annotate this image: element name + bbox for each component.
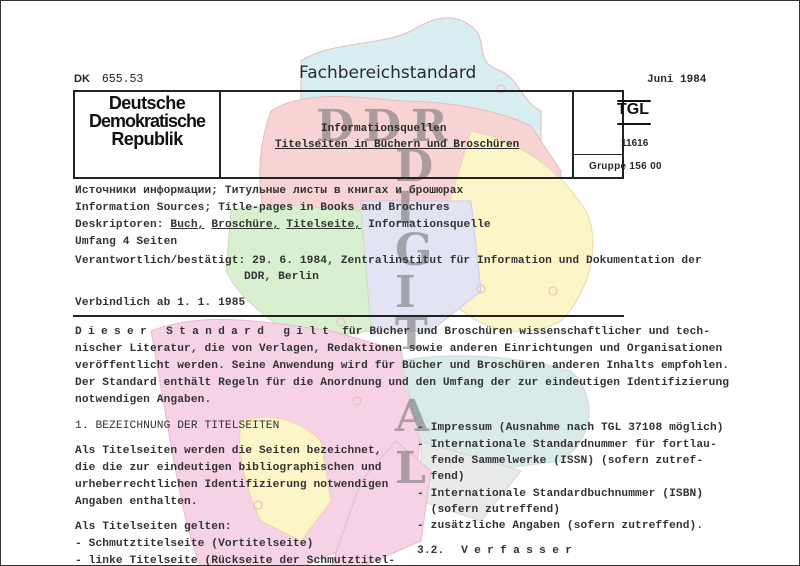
emblem-line: Republik [77, 130, 217, 148]
dk-number: 655.53 [102, 73, 143, 86]
tgl-bar-icon [617, 123, 651, 125]
section-para-line: Als Titelseiten werden die Seiten bezeic… [75, 445, 382, 457]
section-para-line: Angaben enthalten. [75, 496, 198, 508]
intro-line: notwendigen Angaben. [75, 394, 211, 406]
descriptor-tail: Informationsquelle [368, 219, 491, 231]
subsection-title: Verfasser [461, 545, 578, 557]
responsible-label: Verantwortlich/bestätigt: [75, 255, 245, 267]
binding-date: Verbindlich ab 1. 1. 1985 [75, 297, 245, 309]
section-heading: 1. BEZEICHNUNG DER TITELSEITEN [75, 420, 279, 432]
intro-line: Der Standard enthält Regeln für die Anor… [75, 377, 729, 389]
list-item: - Schmutztitelseite (Vortitelseite) [75, 538, 313, 550]
right-list-item: fende Sammelwerke (ISSN) (sofern zutref- [417, 455, 703, 467]
intro-lead: Dieser Standard gilt [75, 326, 335, 338]
right-list-item: - Internationale Standardnummer für fort… [417, 439, 717, 451]
document-type-title: Fachbereichstandard [299, 63, 476, 83]
extent: Umfang 4 Seiten [75, 236, 177, 248]
intro-line: nischer Literatur, die von Verlagen, Red… [75, 343, 722, 355]
list-item: - linke Titelseite (Rückseite der Schmut… [75, 555, 395, 566]
emblem-line: Deutsche [77, 94, 217, 112]
english-title: Information Sources; Title-pages in Book… [75, 202, 450, 214]
standard-title-line2: Titelseiten in Büchern und Broschüren [275, 139, 519, 151]
issue-date: Juni 1984 [647, 74, 706, 86]
gdr-emblem-logo: Deutsche Demokratische Republik [77, 94, 217, 148]
table-divider [572, 154, 624, 155]
right-list-item: - Impressum (Ausnahme nach TGL 37108 mög… [417, 422, 724, 434]
right-list-item: (sofern zutreffend) [417, 504, 560, 516]
intro-line: Dieser Standard gilt für Bücher und Bros… [75, 326, 710, 338]
standard-group: Gruppe 156 00 [589, 161, 662, 172]
subsection-number: 3.2. [417, 545, 444, 557]
emblem-line: Demokratische [77, 112, 217, 130]
subsection-heading: 3.2. Verfasser [417, 545, 578, 557]
watermark-letter: L [395, 447, 426, 491]
russian-title: Источники информации; Титульные листы в … [75, 185, 463, 197]
right-list-item: - Internationale Standardbuchnummer (ISB… [417, 488, 703, 500]
right-list-item: - zusätzliche Angaben (sofern zutreffend… [417, 520, 703, 532]
section-para-line: urheberrechtlichen Identifizierung notwe… [75, 479, 388, 491]
standard-number: 11616 [621, 138, 648, 149]
intro-line: veröffentlicht werden. Seine Anwendung w… [75, 360, 729, 372]
descriptors-line: Deskriptoren: Buch, Broschüre, Titelseit… [75, 219, 491, 231]
descriptor-link: Broschüre, [211, 219, 279, 231]
intro-rest: für Bücher und Broschüren wissenschaftli… [342, 326, 710, 338]
responsible-value-line2: DDR, Berlin [244, 271, 319, 283]
standard-title-line1: Informationsquellen [321, 123, 446, 135]
responsible-line: Verantwortlich/bestätigt: 29. 6. 1984, Z… [75, 255, 702, 267]
list-heading: Als Titelseiten gelten: [75, 521, 232, 533]
right-list-item: fend) [417, 471, 465, 483]
section-para-line: die die zur eindeutigen bibliographische… [75, 462, 382, 474]
document-page: D D R D I G I T A L DK655.53 Fachbereich… [0, 0, 800, 566]
dk-classification: DK655.53 [74, 73, 143, 86]
descriptors-label: Deskriptoren: [75, 219, 164, 231]
descriptor-link: Titelseite, [286, 219, 361, 231]
tgl-mark: TGL [613, 101, 653, 119]
dk-label: DK [74, 73, 90, 85]
responsible-value: 29. 6. 1984, Zentralinstitut für Informa… [252, 255, 702, 267]
descriptor-link: Buch, [170, 219, 204, 231]
table-divider [572, 90, 574, 179]
section-divider [73, 315, 624, 317]
